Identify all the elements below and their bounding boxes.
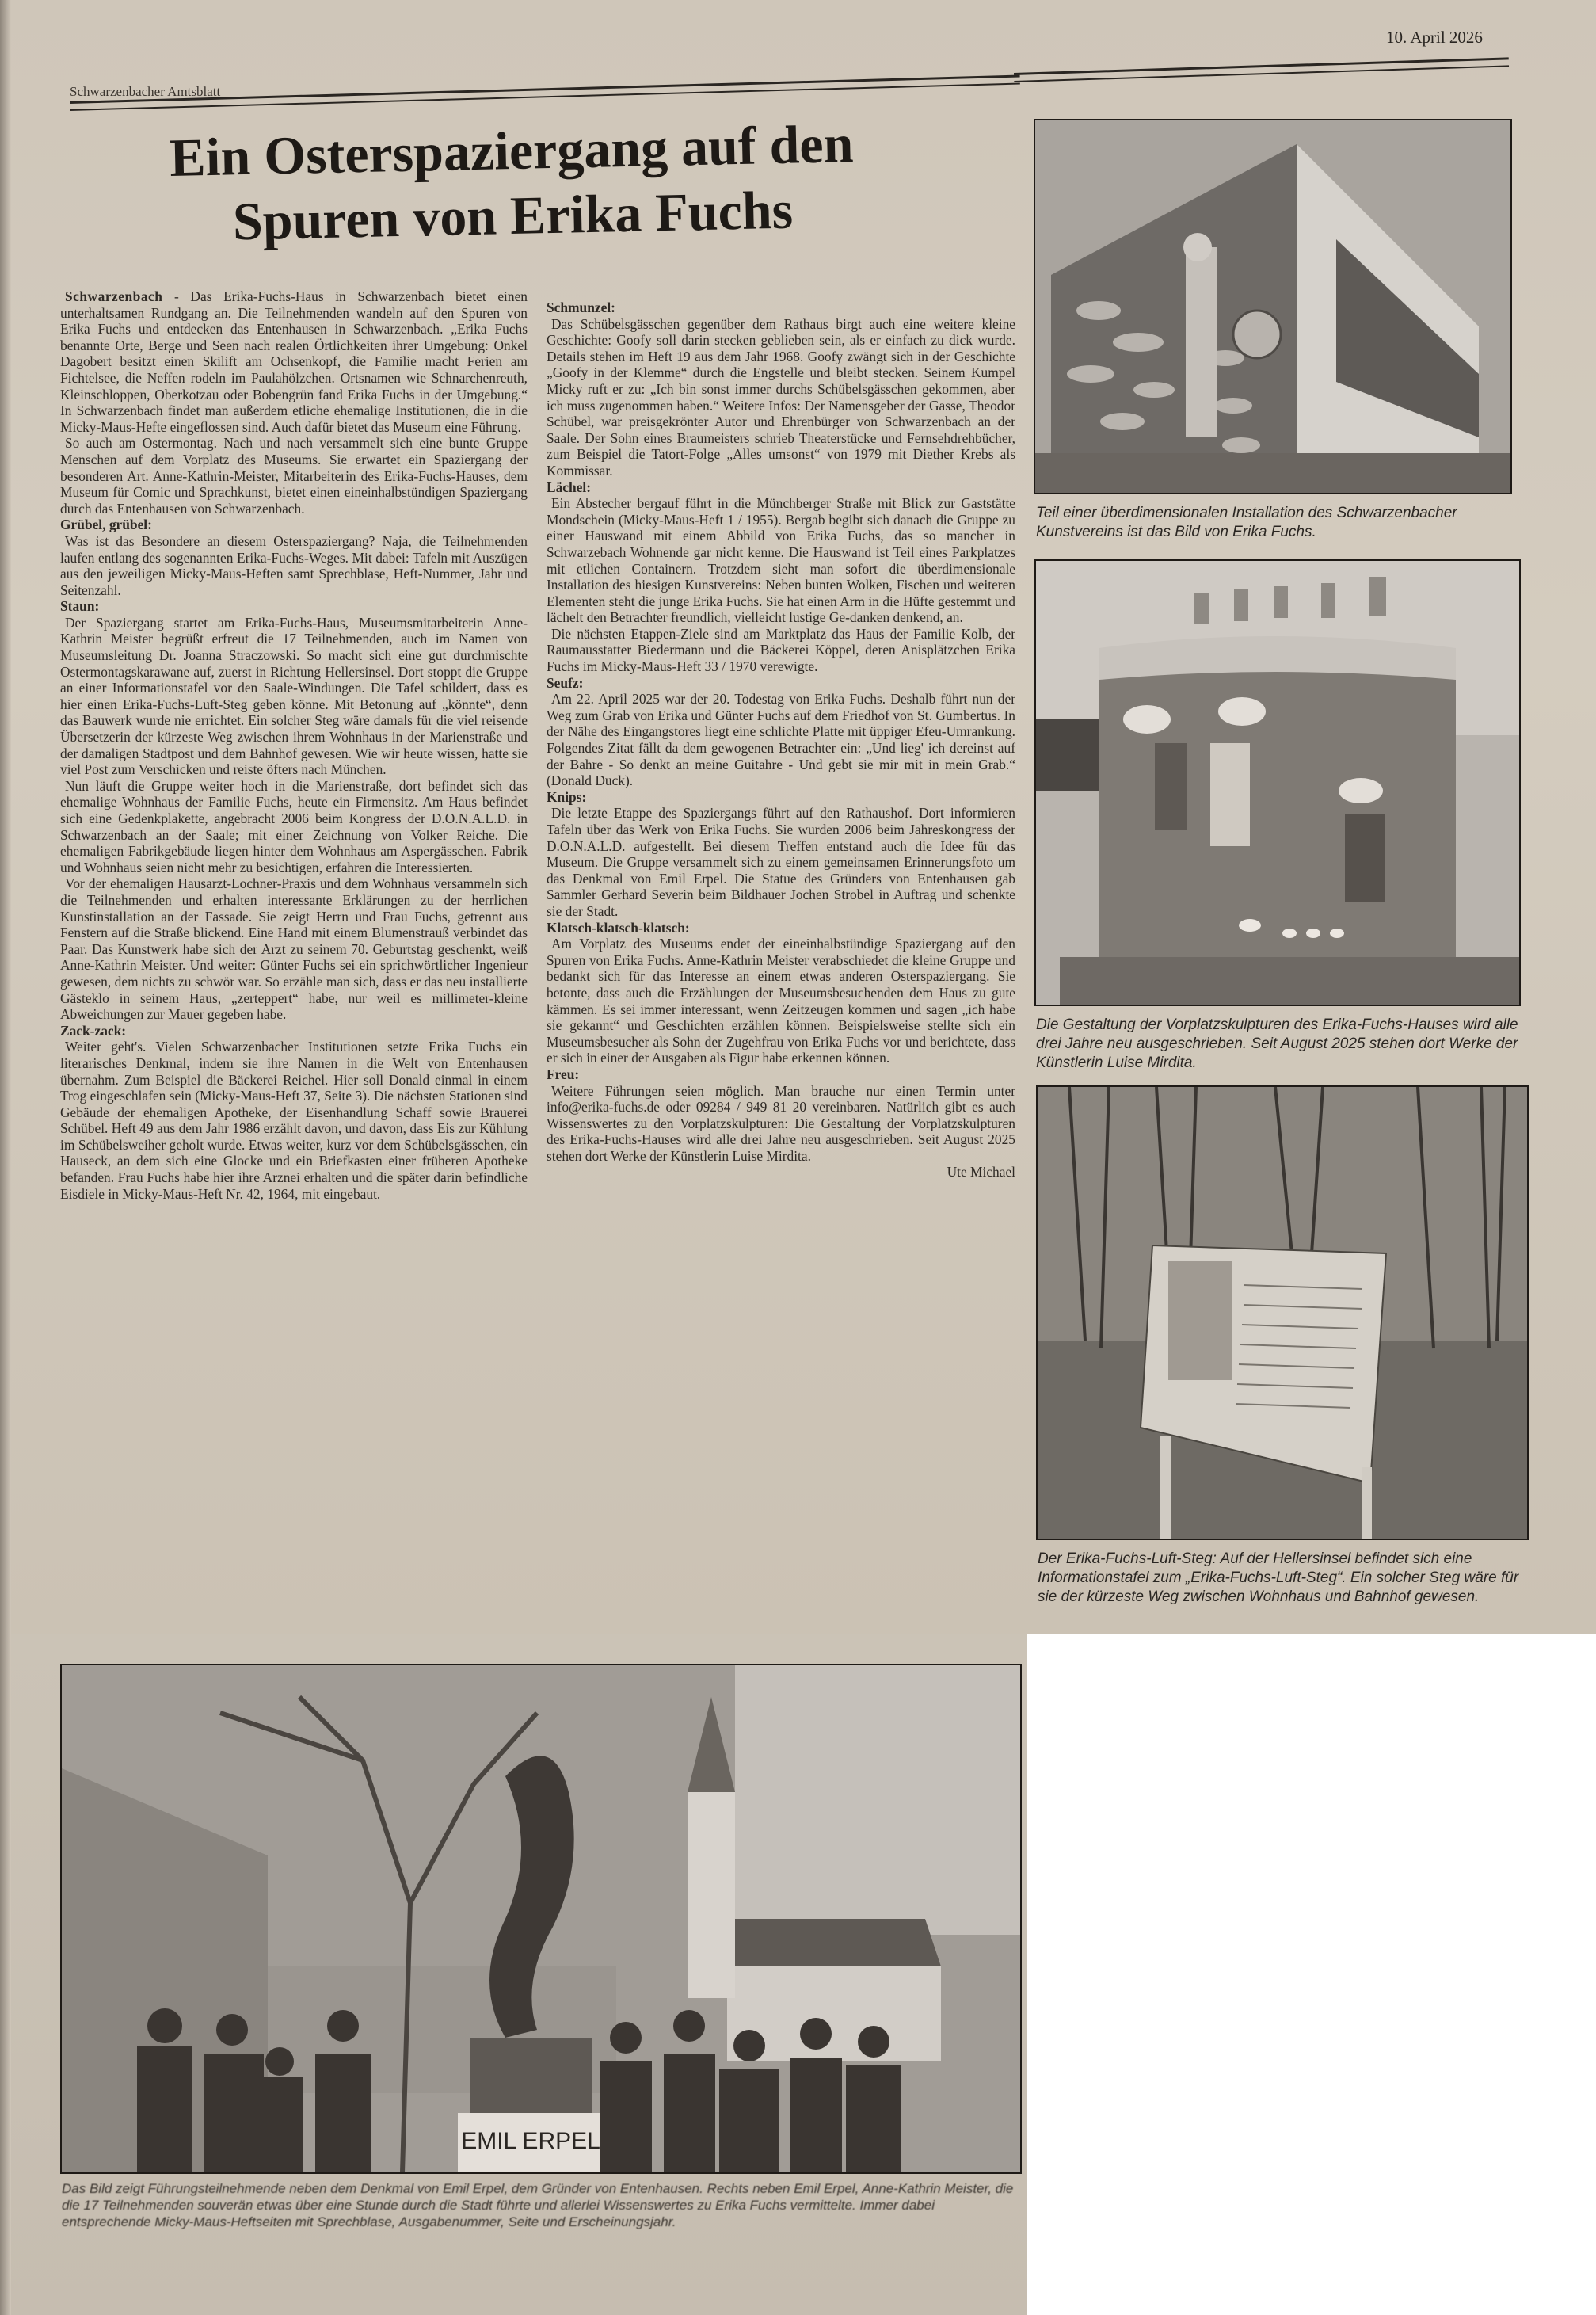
paragraph: Am Vorplatz des Museums endet der einein…	[547, 936, 1015, 1066]
section-heading: Staun:	[60, 598, 528, 615]
paragraph: Weitere Führungen seien möglich. Man bra…	[547, 1083, 1015, 1165]
paragraph: Die letzte Etappe des Spaziergangs führt…	[547, 805, 1015, 919]
paragraph: So auch am Ostermontag. Nach und nach ve…	[60, 435, 528, 517]
paragraph: Die nächsten Etappen-Ziele sind am Markt…	[547, 626, 1015, 675]
paragraph: Am 22. April 2025 war der 20. Todestag v…	[547, 691, 1015, 789]
photo-caption-sculpture: Die Gestaltung der Vorplatzskulpturen de…	[1036, 1016, 1519, 1073]
photo-caption-group: Das Bild zeigt Führungsteilnehmende nebe…	[62, 2180, 1020, 2230]
paragraph: Ein Abstecher bergauf führt in die Münch…	[547, 495, 1015, 626]
photo-group-emil-erpel: EMIL ERPEL	[60, 1664, 1022, 2174]
page-edge-shadow	[0, 0, 11, 2315]
statue-plinth-label: EMIL ERPEL	[461, 2128, 600, 2154]
photo-caption-luft-steg: Der Erika-Fuchs-Luft-Steg: Auf der Helle…	[1038, 1550, 1529, 1607]
paragraph: Was ist das Besondere an diesem Osterspa…	[60, 533, 528, 598]
dateline: Schwarzenbach	[65, 288, 162, 304]
section-heading: Schmunzel:	[547, 299, 1015, 316]
author-byline: Ute Michael	[547, 1164, 1015, 1180]
paragraph: Der Spaziergang startet am Erika-Fuchs-H…	[60, 615, 528, 778]
section-heading: Lächel:	[547, 479, 1015, 496]
paragraph: Das Schübelsgässchen gegenüber dem Ratha…	[547, 316, 1015, 479]
photo-luft-steg-sign	[1036, 1085, 1529, 1540]
section-heading: Zack-zack:	[60, 1023, 528, 1039]
issue-date: 10. April 2026	[1386, 28, 1483, 48]
section-heading: Grübel, grübel:	[60, 517, 528, 533]
photo-caption-mural: Teil einer überdimensionalen Installatio…	[1036, 504, 1511, 542]
paragraph: Nun läuft die Gruppe weiter hoch in die …	[60, 778, 528, 876]
lead-paragraph: - Das Erika-Fuchs-Haus in Schwarzenbach …	[60, 288, 528, 435]
article-column-1: Schwarzenbach - Das Erika-Fuchs-Haus in …	[60, 288, 528, 1635]
photo-erika-fuchs-mural	[1034, 119, 1512, 494]
article-headline: Ein Osterspaziergang auf den Spuren von …	[95, 109, 929, 257]
article-column-2: Schmunzel: Das Schübelsgässchen gegenübe…	[547, 299, 1015, 1630]
section-heading: Klatsch-klatsch-klatsch:	[547, 920, 1015, 936]
section-heading: Seufz:	[547, 675, 1015, 692]
paragraph: Vor der ehemaligen Hausarzt-Lochner-Prax…	[60, 875, 528, 1022]
paragraph: Weiter geht's. Vielen Schwarzenbacher In…	[60, 1039, 528, 1202]
photo-vorplatz-sculpture	[1034, 559, 1521, 1006]
section-heading: Freu:	[547, 1066, 1015, 1083]
section-heading: Knips:	[547, 789, 1015, 806]
